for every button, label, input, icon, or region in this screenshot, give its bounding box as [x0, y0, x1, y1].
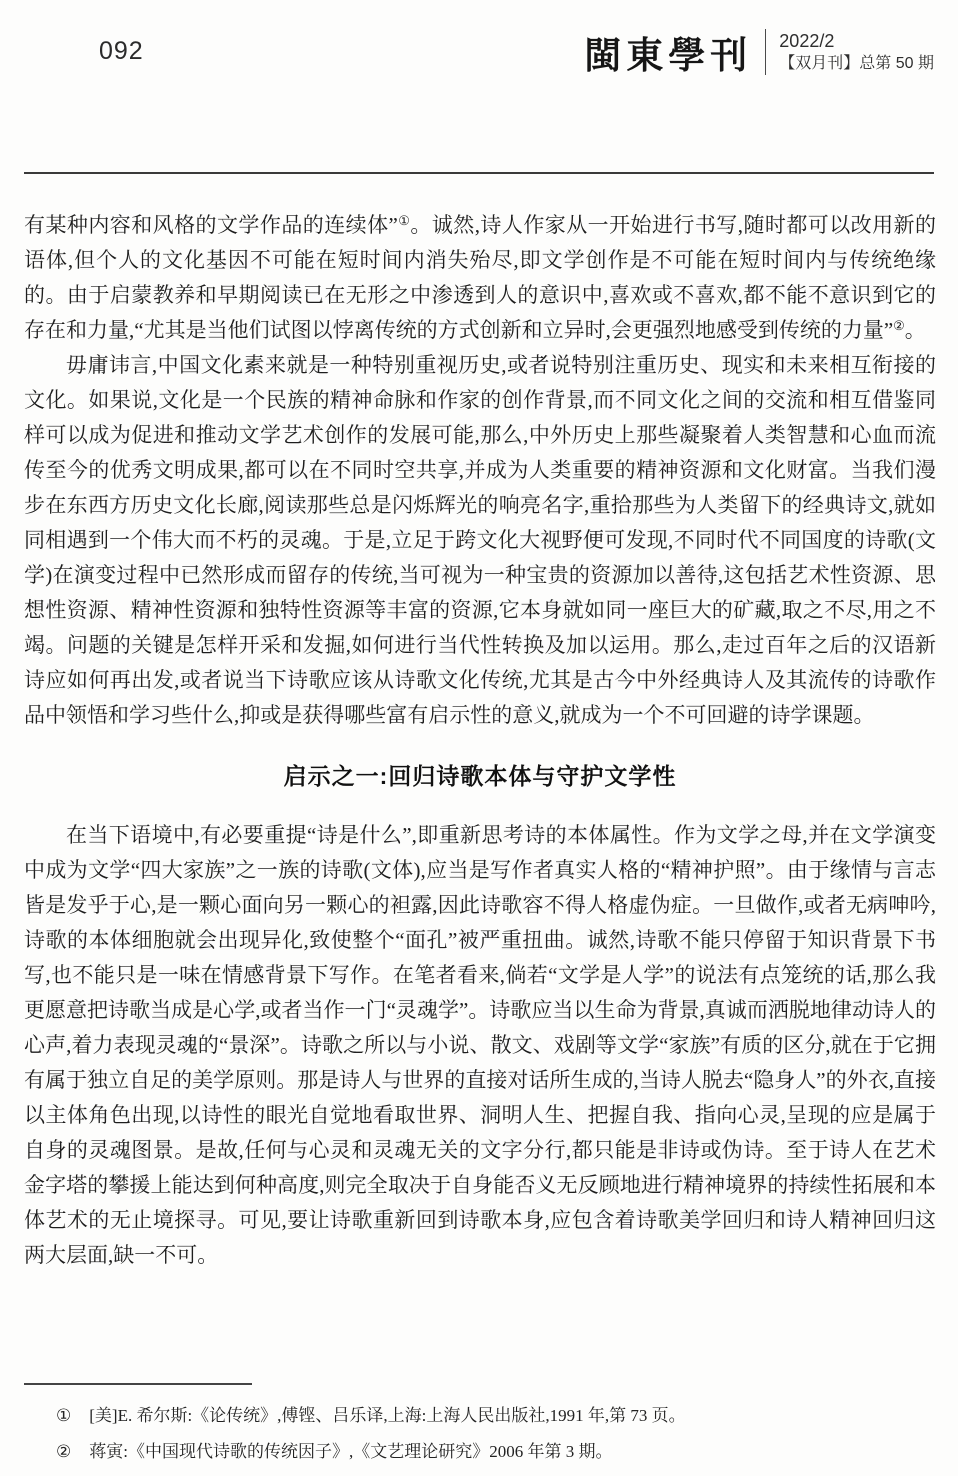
- text-run: 。: [905, 318, 926, 342]
- footnote: ②蒋寅:《中国现代诗歌的传统因子》,《文艺理论研究》2006 年第 3 期。: [24, 1434, 936, 1470]
- issue-number: 2022/2: [779, 30, 934, 53]
- footnotes-section: ①[美]E. 希尔斯:《论传统》,傅铿、吕乐译,上海:上海人民出版社,1991 …: [24, 1383, 936, 1470]
- text-run: 有某种内容和风格的文学作品的连续体”: [24, 213, 398, 237]
- journal-page: 092 閩東學刊 2022/2 【双月刊】总第 50 期 有某种内容和风格的文学…: [0, 0, 958, 1476]
- footnote-marker: ②: [56, 1434, 71, 1470]
- issue-detail: 【双月刊】总第 50 期: [779, 53, 934, 74]
- footnote-text: [美]E. 希尔斯:《论传统》,傅铿、吕乐译,上海:上海人民出版社,1991 年…: [89, 1398, 936, 1434]
- footnote-ref: ②: [893, 318, 905, 333]
- body-paragraph: 有某种内容和风格的文学作品的连续体”①。诚然,诗人作家从一开始进行书写,随时都可…: [24, 208, 936, 348]
- text-run: 在当下语境中,有必要重提“诗是什么”,即重新思考诗的本体属性。作为文学之母,并在…: [24, 823, 936, 1267]
- footnote-text: 蒋寅:《中国现代诗歌的传统因子》,《文艺理论研究》2006 年第 3 期。: [89, 1434, 936, 1470]
- text-run: 毋庸讳言,中国文化素来就是一种特别重视历史,或者说特别注重历史、现实和未来相互衔…: [24, 353, 936, 727]
- section-heading: 启示之一:回归诗歌本体与守护文学性: [24, 755, 936, 797]
- footnote-ref: ①: [398, 213, 411, 228]
- footnote-rule: [24, 1383, 252, 1385]
- footnote: ①[美]E. 希尔斯:《论传统》,傅铿、吕乐译,上海:上海人民出版社,1991 …: [24, 1398, 936, 1434]
- page-number: 092: [99, 37, 144, 66]
- masthead-divider: [765, 29, 766, 75]
- body-paragraph: 在当下语境中,有必要重提“诗是什么”,即重新思考诗的本体属性。作为文学之母,并在…: [24, 818, 936, 1273]
- journal-masthead: 閩東學刊 2022/2 【双月刊】总第 50 期: [584, 25, 934, 79]
- article-body: 有某种内容和风格的文学作品的连续体”①。诚然,诗人作家从一开始进行书写,随时都可…: [24, 208, 936, 1373]
- journal-logo: 閩東學刊: [584, 25, 752, 79]
- issue-info: 2022/2 【双月刊】总第 50 期: [779, 30, 934, 74]
- footnote-marker: ①: [56, 1398, 71, 1434]
- footnote-list: ①[美]E. 希尔斯:《论传统》,傅铿、吕乐译,上海:上海人民出版社,1991 …: [24, 1398, 936, 1470]
- body-paragraph: 毋庸讳言,中国文化素来就是一种特别重视历史,或者说特别注重历史、现实和未来相互衔…: [24, 348, 936, 733]
- header-rule: [24, 172, 934, 174]
